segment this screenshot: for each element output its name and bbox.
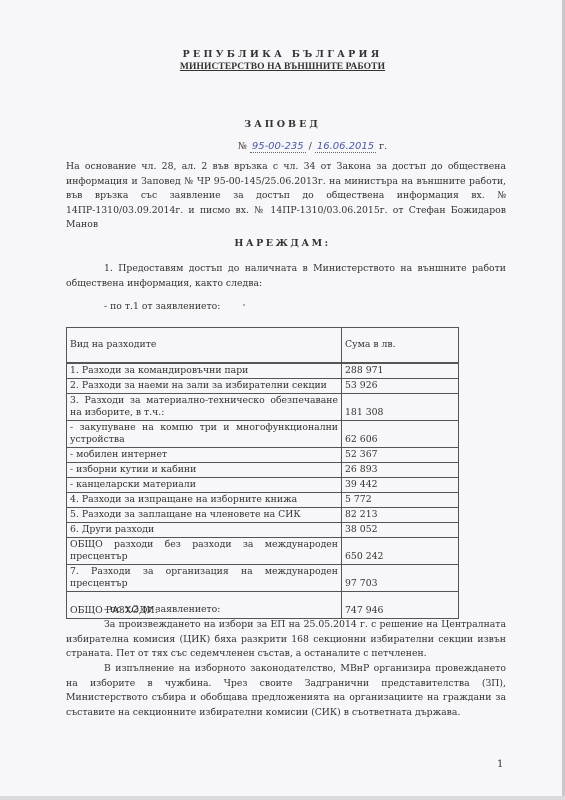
row-label: - изборни кутии и кабини [67,463,342,478]
table-row: - изборни кутии и кабини 26 893 [67,463,459,478]
order-date-handwritten: 16.06.2015 [315,141,376,153]
order-number-line: № 95-00-235 / 16.06.2015 г. [0,141,565,152]
costs-table: Вид на разходите Сума в лв. 1. Разходи з… [66,327,459,619]
number-prefix: № [238,141,247,152]
row-value: 82 213 [342,508,459,523]
row-value: 38 052 [342,523,459,538]
row-label: 1. Разходи за командировъчни пари [67,363,342,379]
number-suffix: г. [379,141,387,152]
row-value: 5 772 [342,493,459,508]
row-value: 52 367 [342,448,459,463]
document-page: РЕПУБЛИКА БЪЛГАРИЯ МИНИСТЕРСТВО НА ВЪНШН… [0,0,565,800]
row-label: - канцеларски материали [67,478,342,493]
row-value: 26 893 [342,463,459,478]
order-title: ЗАПОВЕД [0,119,565,130]
paragraph-elections: За произвеждането на избори за ЕП на 25.… [66,618,506,662]
row-value: 288 971 [342,363,459,379]
table-row: 2. Разходи за наеми на зали за избирател… [67,379,459,394]
row-label: 4. Разходи за изпращане на изборните кни… [67,493,342,508]
table-row: - закупуване на компю три и многофункцио… [67,421,459,448]
header-ministry: МИНИСТЕРСТВО НА ВЪНШНИТЕ РАБОТИ [0,62,565,72]
row-label: ОБЩО разходи без разходи за международен… [67,538,342,565]
order-number-handwritten: 95-00-235 [250,141,306,153]
table-row: 1. Разходи за командировъчни пари 288 97… [67,363,459,379]
row-value: 53 926 [342,379,459,394]
number-separator: / [309,141,312,152]
table-row: 3. Разходи за материално-техническо обез… [67,394,459,421]
table-row: - канцеларски материали 39 442 [67,478,459,493]
decree-heading: НАРЕЖДАМ: [0,238,565,249]
point-1-paragraph: 1. Предоставям достъп до наличната в Мин… [66,262,506,291]
row-value: 650 242 [342,538,459,565]
row-label: - мобилен интернет [67,448,342,463]
row-label: - закупуване на компю три и многофункцио… [67,421,342,448]
header-country: РЕПУБЛИКА БЪЛГАРИЯ [0,49,565,60]
table-header-amount: Сума в лв. [342,328,459,364]
preamble-paragraph: На основание чл. 28, ал. 2 във връзка с … [66,160,506,233]
row-value: 62 606 [342,421,459,448]
table-row: 4. Разходи за изпращане на изборните кни… [67,493,459,508]
sub-point-1: - по т.1 от заявлението: [104,300,504,315]
table-row: - мобилен интернет 52 367 [67,448,459,463]
row-value: 181 308 [342,394,459,421]
table-header-row: Вид на разходите Сума в лв. [67,328,459,364]
table-header-type: Вид на разходите [67,328,342,364]
row-label: 7. Разходи за организация на международе… [67,565,342,592]
row-label: 5. Разходи за заплащане на членовете на … [67,508,342,523]
table-row: 7. Разходи за организация на международе… [67,565,459,592]
paragraph-organization: В изпълнение на изборното законодателств… [66,662,506,720]
page-number: 1 [497,759,503,770]
scan-bottom-edge [0,796,565,800]
row-value: 97 703 [342,565,459,592]
row-value: 39 442 [342,478,459,493]
row-label: 3. Разходи за материално-техническо обез… [67,394,342,421]
table-row: 5. Разходи за заплащане на членовете на … [67,508,459,523]
table-row: 6. Други разходи 38 052 [67,523,459,538]
table-row: ОБЩО разходи без разходи за международен… [67,538,459,565]
row-label: 6. Други разходи [67,523,342,538]
scan-speck [243,304,245,306]
row-label: 2. Разходи за наеми на зали за избирател… [67,379,342,394]
sub-point-2: - по т.2 от заявлението: [104,603,504,618]
